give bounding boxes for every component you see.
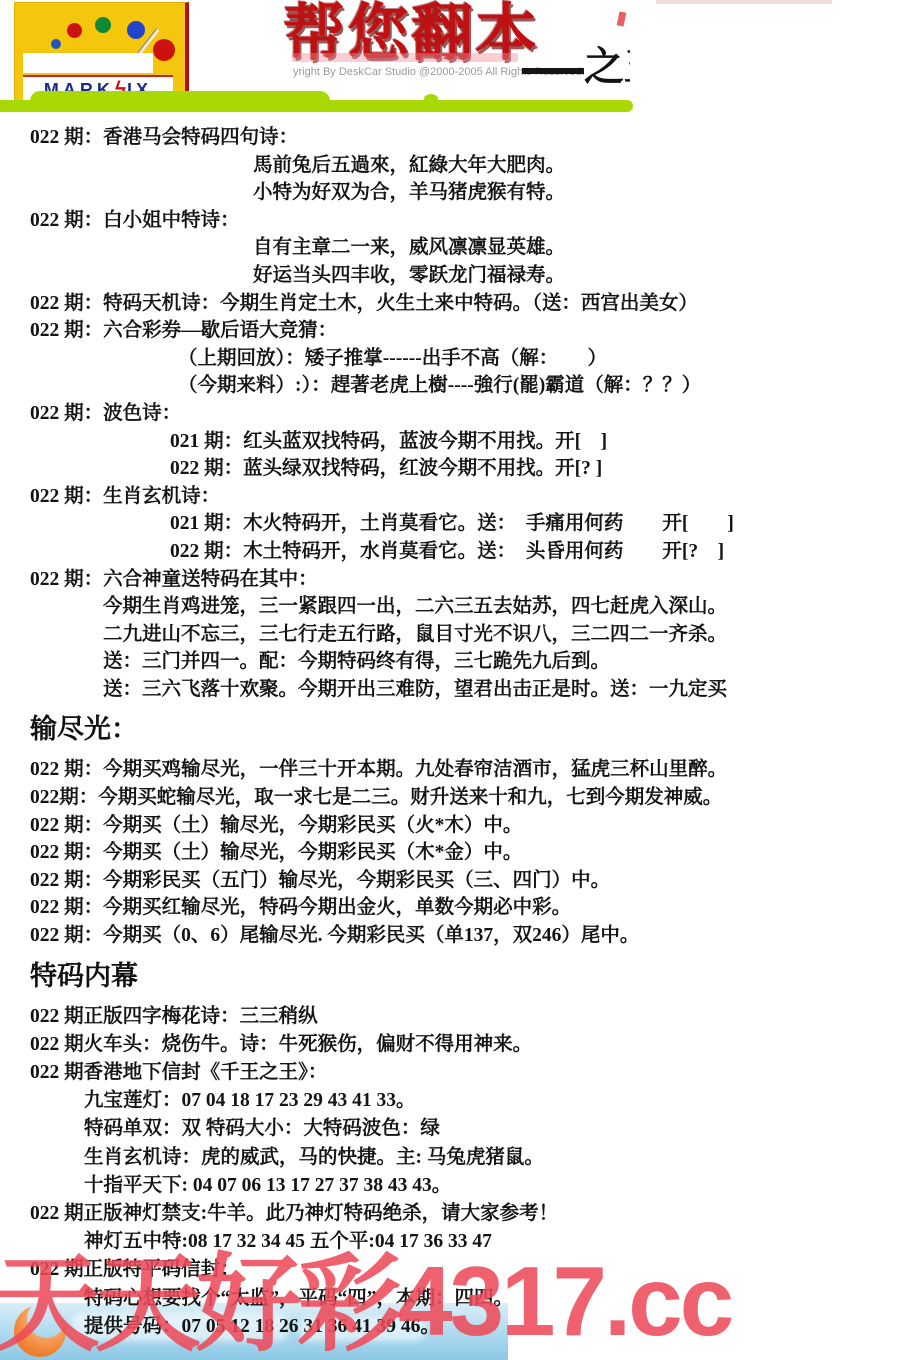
text-line: 022 期：波色诗： bbox=[0, 400, 916, 428]
text-line: 好运当头四丰收，零跃龙门福禄寿。 bbox=[0, 262, 916, 290]
text-line: 022 期：今期买（0、6）尾输尽光. 今期彩民买（单137，双246）尾中。 bbox=[0, 922, 916, 950]
text-line: 022 期：今期买红输尽光，特码今期出金火，单数今期必中彩。 bbox=[0, 894, 916, 922]
logo-dot-red-icon bbox=[67, 23, 82, 38]
text-line: 022 期：香港马会特码四句诗： bbox=[0, 124, 916, 152]
section-heading-neimu: 特码内幕 bbox=[0, 959, 916, 993]
site-watermark: 天天好彩4317.cc bbox=[0, 1252, 731, 1359]
text-line: 二九进山不忘三，三七行走五行路，鼠目寸光不识八，三二四二一齐杀。 bbox=[0, 621, 916, 649]
text-line: 022 期火车头：烧伤牛。诗：牛死猴伤，偏财不得用神来。 bbox=[0, 1031, 916, 1059]
text-line: 022 期：生肖玄机诗： bbox=[0, 483, 916, 511]
text-line: 022 期：六合神童送特码在其中： bbox=[0, 566, 916, 594]
text-line: 特码单双：双 特码大小：大特码波色：绿 bbox=[0, 1115, 916, 1143]
text-line: （今期来料）:）：趕著老虎上樹----強行(罷)霸道（解：？？） bbox=[0, 372, 916, 400]
logo-dot-red2-icon bbox=[153, 39, 175, 61]
text-line: 022 期：今期买（土）输尽光，今期彩民买（火*木）中。 bbox=[0, 812, 916, 840]
text-line: 九宝莲灯：07 04 18 17 23 29 43 41 33。 bbox=[0, 1087, 916, 1115]
watermark-url-text: 4317.cc bbox=[398, 1246, 731, 1356]
section-heading-shujinguang: 输尽光： bbox=[0, 712, 916, 746]
text-line: 自有主章二一来，威风凛凛显英雄。 bbox=[0, 234, 916, 262]
logo-dot-blue-icon bbox=[51, 39, 61, 49]
text-line: 022 期香港地下信封《千王之王》： bbox=[0, 1059, 916, 1087]
text-line: 022期：今期买蛇输尽光，取一求七是二三。财升送来十和九，七到今期发神威。 bbox=[0, 784, 916, 812]
document-body: 022 期：香港马会特码四句诗： 馬前兔后五過來，紅綠大年大肥肉。 小特为好双为… bbox=[0, 118, 916, 1341]
text-line: 022 期：蓝头绿双找特码，红波今期不用找。开[? ] bbox=[0, 455, 916, 483]
text-line: 送：三六飞落十欢聚。今期开出三难防，望君出击正是时。送：一九定买 bbox=[0, 676, 916, 704]
text-line: 021 期：红头蓝双找特码，蓝波今期不用找。开[ ] bbox=[0, 428, 916, 456]
text-line: （上期回放）：矮子推掌------出手不高（解： ） bbox=[0, 345, 916, 373]
logo-white-patch bbox=[23, 53, 153, 73]
text-line: 今期生肖鸡进笼，三一紧跟四一出，二六三五去姑苏，四七赶虎入深山。 bbox=[0, 593, 916, 621]
text-line: 生肖玄机诗：虎的威武，马的快捷。主: 马兔虎猪鼠。 bbox=[0, 1144, 916, 1172]
page-header: MARKϟIX 帮您翻本 yright By DeskCar Studio @2… bbox=[0, 0, 916, 118]
green-divider-bar bbox=[0, 100, 633, 112]
text-line: 022 期：今期彩民买（五门）输尽光，今期彩民买（三、四门）中。 bbox=[0, 867, 916, 895]
text-line: 022 期正版神灯禁支:牛羊。此乃神灯特码绝杀，请大家参考！ bbox=[0, 1200, 916, 1228]
logo-dot-green-icon bbox=[95, 17, 111, 33]
text-line: 馬前兔后五過來，紅綠大年大肥肉。 bbox=[0, 152, 916, 180]
pink-strip-decoration bbox=[656, 0, 832, 4]
text-line: 十指平天下: 04 07 06 13 17 27 37 38 43 43。 bbox=[0, 1172, 916, 1200]
text-line: 022 期：白小姐中特诗： bbox=[0, 207, 916, 235]
text-line: 022 期：六合彩券—歇后语大竞猜： bbox=[0, 317, 916, 345]
logo-dot-blue2-icon bbox=[127, 21, 145, 39]
faded-subtitle-line bbox=[292, 53, 518, 62]
text-line: 小特为好双为合，羊马猪虎猴有特。 bbox=[0, 179, 916, 207]
text-line: 022 期：今期买（土）输尽光，今期彩民买（木*金）中。 bbox=[0, 839, 916, 867]
title-suffix: 之五 bbox=[522, 42, 630, 92]
text-line: 022 期：今期买鸡输尽光，一伴三十开本期。九处春帘洁酒市，猛虎三杯山里醉。 bbox=[0, 756, 916, 784]
text-line: 021 期：木火特码开，土肖莫看它。送： 手痛用何药 开[ ] bbox=[0, 510, 916, 538]
text-line: 022 期：木土特码开，水肖莫看它。送： 头昏用何药 开[? ] bbox=[0, 538, 916, 566]
red-mark-decoration bbox=[617, 11, 627, 26]
watermark-cn-text: 天天好彩 bbox=[0, 1247, 398, 1360]
title-suffix-text: 之五 bbox=[584, 47, 630, 87]
text-line: 022 期：特码天机诗：今期生肖定土木，火生土来中特码。（送：西宫出美女） bbox=[0, 290, 916, 318]
dash-icon bbox=[522, 68, 584, 74]
text-line: 送：三门并四一。配：今期特码终有得，三七跪先九后到。 bbox=[0, 648, 916, 676]
text-line: 022 期正版四字梅花诗：三三稍纵 bbox=[0, 1003, 916, 1031]
